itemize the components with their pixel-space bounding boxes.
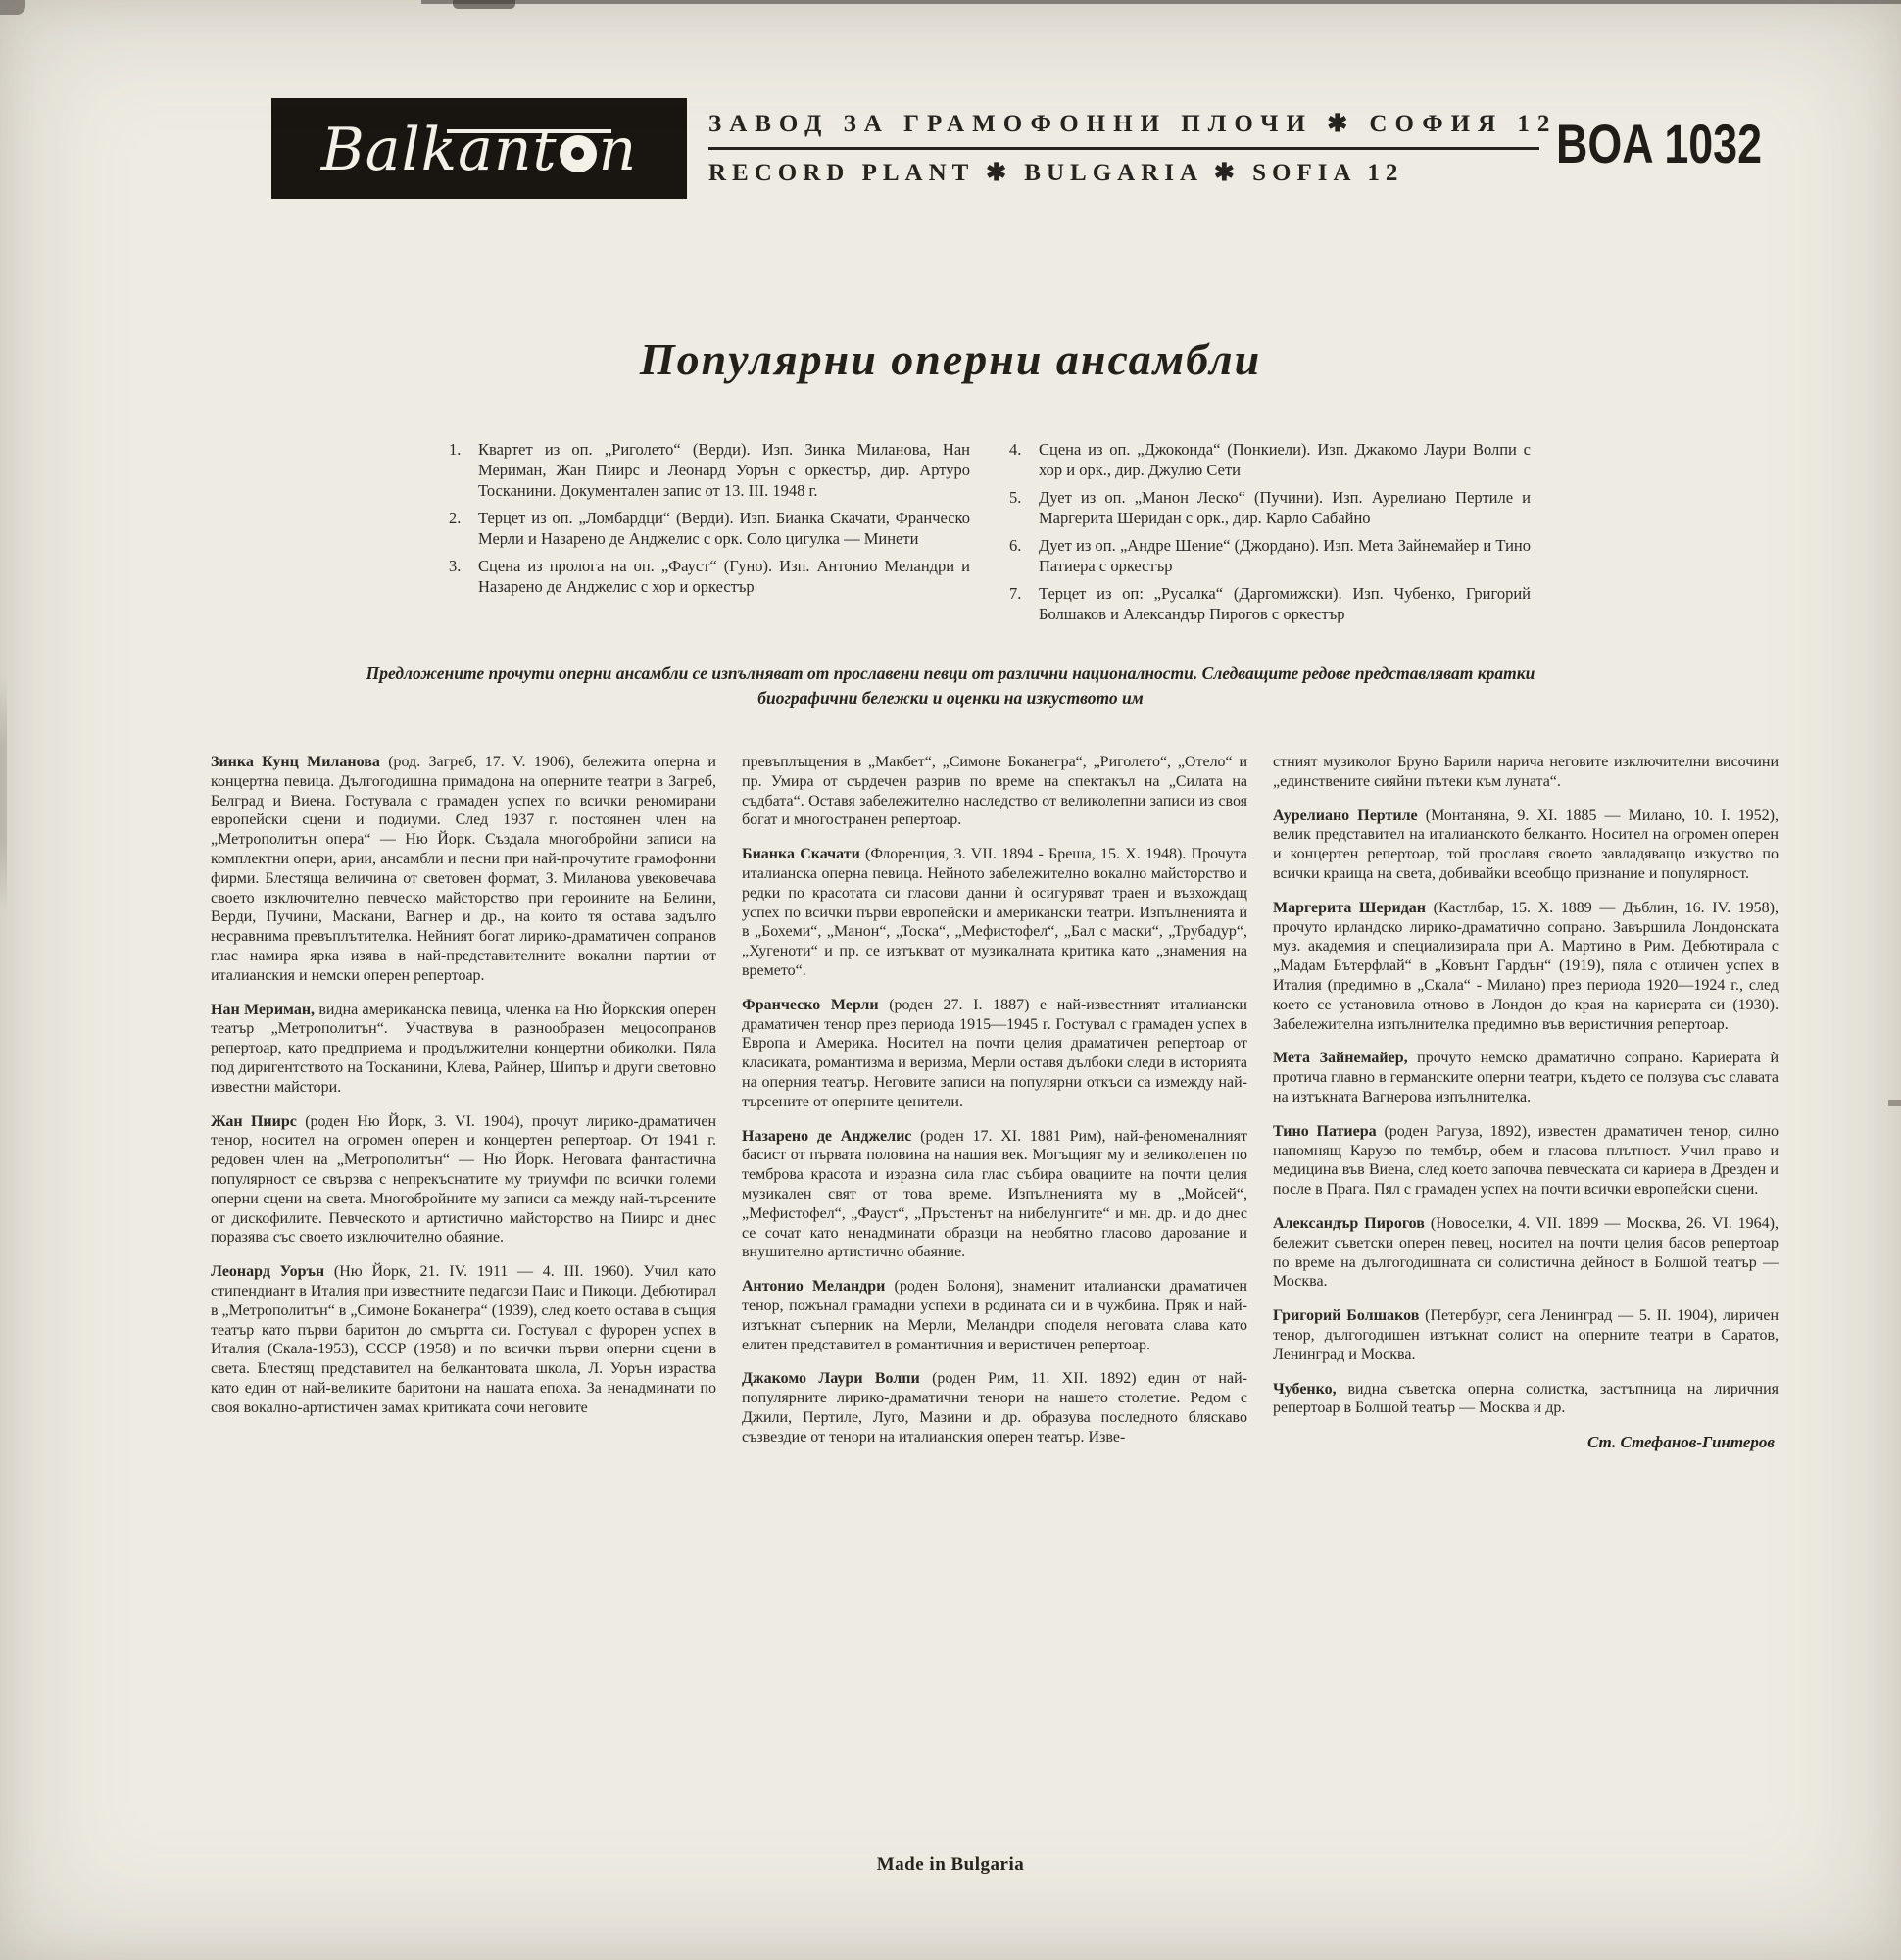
bio-paragraph: Джакомо Лаури Волпи (роден Рим, 11. XII.… <box>742 1369 1247 1446</box>
bio-singer-name: Жан Пиирс <box>211 1113 305 1130</box>
biography-column-3: стният музиколог Бруно Барили нарича нег… <box>1273 753 1779 1469</box>
bio-paragraph: Жан Пиирс (роден Ню Йорк, 3. VI. 1904), … <box>211 1112 716 1249</box>
plant-divider-rule <box>708 147 1539 150</box>
bio-singer-name: Григорий Болшаков <box>1273 1307 1425 1324</box>
track-number: 2. <box>449 508 478 549</box>
track-item: 5.Дует из оп. „Манон Леско“ (Пучини). Из… <box>1009 487 1531 528</box>
track-text: Сцена из оп. „Джоконда“ (Понкиели). Изп.… <box>1039 439 1531 480</box>
bio-singer-name: Чубенко, <box>1273 1381 1347 1397</box>
bio-singer-name: Антонио Меландри <box>742 1278 894 1295</box>
plant-line-english: RECORD PLANT ✱ BULGARIA ✱ SOFIA 12 <box>708 158 1539 187</box>
record-sleeve-back-cover: Balkantn ЗАВОД ЗА ГРАМОФОННИ ПЛОЧИ ✱ СОФ… <box>0 0 1901 1960</box>
track-number: 7. <box>1009 583 1039 624</box>
made-in-note: Made in Bulgaria <box>0 1854 1901 1876</box>
biography-column-1: Зинка Кунц Миланова (род. Загреб, 17. V.… <box>211 753 716 1469</box>
logo-text-post: n <box>599 116 638 184</box>
author-signature: Ст. Стефанов-Гинтеров <box>1273 1433 1779 1452</box>
bio-paragraph: Аурелиано Пертиле (Монтаняна, 9. XI. 188… <box>1273 807 1779 884</box>
track-item: 2.Терцет из оп. „Ломбардци“ (Верди). Изп… <box>449 508 970 549</box>
bio-singer-name: Джакомо Лаури Волпи <box>742 1370 932 1387</box>
track-text: Дует из оп. „Манон Леско“ (Пучини). Изп.… <box>1039 487 1531 528</box>
bio-singer-name: Александър Пирогов <box>1273 1215 1431 1232</box>
record-disc-icon <box>560 135 597 172</box>
track-item: 3.Сцена из пролога на оп. „Фауст“ (Гуно)… <box>449 556 970 597</box>
track-text: Дует из оп. „Андре Шение“ (Джордано). Из… <box>1039 535 1531 576</box>
bio-singer-name: Аурелиано Пертиле <box>1273 808 1426 824</box>
bio-singer-name: Леонард Уорън <box>211 1263 334 1280</box>
bio-singer-name: Мета Зайнемайер, <box>1273 1050 1417 1066</box>
bio-singer-name: Тино Патиера <box>1273 1123 1384 1140</box>
bio-paragraph: Григорий Болшаков (Петербург, сега Ленин… <box>1273 1306 1779 1364</box>
track-item: 4.Сцена из оп. „Джоконда“ (Понкиели). Из… <box>1009 439 1531 480</box>
scan-artifact-corner <box>0 0 25 15</box>
track-number: 3. <box>449 556 478 597</box>
track-item: 1.Квартет из оп. „Риголето“ (Верди). Изп… <box>449 439 970 501</box>
track-item: 7.Терцет из оп: „Русалка“ (Даргомижски).… <box>1009 583 1531 624</box>
track-text: Квартет из оп. „Риголето“ (Верди). Изп. … <box>478 439 970 501</box>
bio-singer-name: Франческо Мерли <box>742 997 889 1013</box>
bio-singer-name: Маргерита Шеридан <box>1273 900 1434 916</box>
balkanton-logo: Balkantn <box>271 98 687 199</box>
track-number: 1. <box>449 439 478 501</box>
bio-paragraph: Александър Пирогов (Новоселки, 4. VII. 1… <box>1273 1214 1779 1292</box>
track-list-left-column: 1.Квартет из оп. „Риголето“ (Верди). Изп… <box>449 439 970 631</box>
bio-paragraph: Бианка Скачати (Флоренция, 3. VII. 1894 … <box>742 845 1247 981</box>
track-number: 4. <box>1009 439 1039 480</box>
track-list: 1.Квартет из оп. „Риголето“ (Верди). Изп… <box>449 439 1531 631</box>
logo-text-pre: Balkant <box>321 116 558 184</box>
bio-paragraph: Нан Мериман, видна американска певица, ч… <box>211 1001 716 1098</box>
track-text: Сцена из пролога на оп. „Фауст“ (Гуно). … <box>478 556 970 597</box>
plant-line-bulgarian: ЗАВОД ЗА ГРАМОФОННИ ПЛОЧИ ✱ СОФИЯ 12 <box>708 109 1539 138</box>
balkanton-logo-text: Balkantn <box>321 121 638 179</box>
logo-t-crossbar <box>447 129 611 133</box>
bio-paragraph: Антонио Меландри (роден Болоня), знамени… <box>742 1277 1247 1354</box>
catalog-number: BOA 1032 <box>1556 112 1762 175</box>
intro-note: Предложените прочути оперни ансамбли се … <box>363 661 1538 710</box>
plant-header: ЗАВОД ЗА ГРАМОФОННИ ПЛОЧИ ✱ СОФИЯ 12 REC… <box>708 109 1539 187</box>
album-title: Популярни оперни ансамбли <box>0 333 1901 385</box>
bio-paragraph: Франческо Мерли (роден 27. I. 1887) е на… <box>742 996 1247 1112</box>
track-number: 5. <box>1009 487 1039 528</box>
bio-singer-name: Зинка Кунц Миланова <box>211 754 388 770</box>
bio-singer-name: Нан Мериман, <box>211 1002 318 1018</box>
bio-paragraph: Чубенко, видна съветска оперна солистка,… <box>1273 1380 1779 1419</box>
track-text: Терцет из оп. „Ломбардци“ (Верди). Изп. … <box>478 508 970 549</box>
bio-paragraph: превъплъщения в „Макбет“, „Симоне Бокане… <box>742 753 1247 830</box>
scan-artifact-smudge <box>0 676 7 911</box>
biography-columns: Зинка Кунц Миланова (род. Загреб, 17. V.… <box>211 753 1779 1469</box>
scan-artifact-top-blob <box>453 0 515 9</box>
bio-paragraph: Леонард Уорън (Ню Йорк, 21. IV. 1911 — 4… <box>211 1262 716 1417</box>
bio-singer-name: Назарено де Анджелис <box>742 1128 920 1145</box>
scan-artifact-edge-dash <box>1888 1100 1901 1106</box>
bio-paragraph: Назарено де Анджелис (роден 17. XI. 1881… <box>742 1127 1247 1263</box>
bio-paragraph: стният музиколог Бруно Барили нарича нег… <box>1273 753 1779 792</box>
bio-paragraph: Маргерита Шеридан (Кастлбар, 15. X. 1889… <box>1273 899 1779 1035</box>
track-number: 6. <box>1009 535 1039 576</box>
biography-column-2: превъплъщения в „Макбет“, „Симоне Бокане… <box>742 753 1247 1469</box>
scan-artifact-top-line <box>421 0 1901 4</box>
bio-paragraph: Мета Зайнемайер, прочуто немско драматич… <box>1273 1049 1779 1106</box>
track-list-right-column: 4.Сцена из оп. „Джоконда“ (Понкиели). Из… <box>1009 439 1531 631</box>
track-text: Терцет из оп: „Русалка“ (Даргомижски). И… <box>1039 583 1531 624</box>
track-item: 6.Дует из оп. „Андре Шение“ (Джордано). … <box>1009 535 1531 576</box>
bio-paragraph: Тино Патиера (роден Рагуза, 1892), извес… <box>1273 1122 1779 1200</box>
bio-singer-name: Бианка Скачати <box>742 846 865 862</box>
bio-paragraph: Зинка Кунц Миланова (род. Загреб, 17. V.… <box>211 753 716 986</box>
